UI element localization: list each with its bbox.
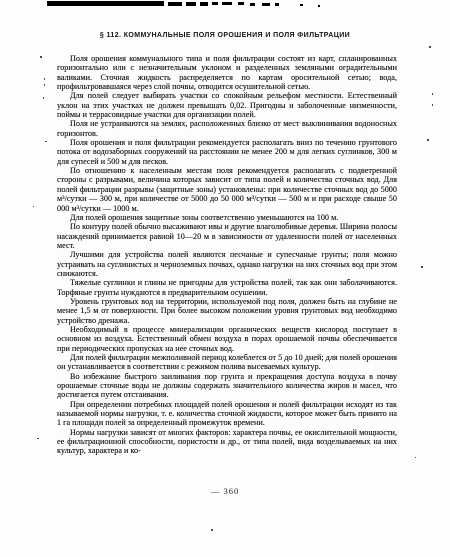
scan-artifact-dash [222,2,232,5]
scanned-page: § 112. КОММУНАЛЬНЫЕ ПОЛЯ ОРОШЕНИЯ И ПОЛЯ… [0,0,450,557]
scan-noise-dot [432,93,433,95]
paragraph: По отношению к населенным местам поля ре… [57,166,397,213]
paragraph: Поля орошения и поля фильтрации рекоменд… [57,138,397,166]
scan-artifact-dash [262,3,270,6]
scan-noise-dot [429,46,431,48]
paragraph: Уровень грунтовых вод на территории, исп… [57,297,397,325]
paragraph: Поля не устраиваются на землях, располож… [57,119,397,138]
scan-noise-dot [415,457,416,458]
scan-noise-dot [44,78,45,80]
body-text: Поля орошения коммунального типа и поля … [57,54,397,485]
paragraph: Необходимый в процессе минерализации орг… [57,325,397,353]
scan-artifact-dash [200,2,208,6]
scan-artifact-bar [47,1,164,6]
scan-noise-dot [44,84,45,86]
scan-noise-dot [211,529,213,531]
scan-noise-dot [40,56,42,58]
scan-noise-dot [427,139,429,141]
paragraph: Для полей орошения защитные зоны соответ… [57,213,397,222]
scan-noise-dot [421,266,423,268]
scan-artifact-dash [275,3,279,6]
scan-artifact-dash [186,2,196,6]
scan-artifact-dash [212,2,218,5]
scan-artifact-dash [318,5,320,7]
paragraph: Для полей фильтрации межполивной период … [57,353,397,372]
scan-artifact-dash [250,3,255,6]
paragraph: Поля орошения коммунального типа и поля … [57,54,397,91]
paragraph: Лучшими для устройства полей являются пе… [57,250,397,278]
scan-noise-dot [432,104,433,106]
section-heading: § 112. КОММУНАЛЬНЫЕ ПОЛЯ ОРОШЕНИЯ И ПОЛЯ… [0,32,450,39]
scan-artifact-dash [238,2,244,5]
paragraph: Нормы нагрузки зависят от многих факторо… [57,428,397,456]
scan-noise-dot [33,206,34,207]
scan-artifact-dash [168,2,182,6]
paragraph: Для полей следует выбирать участки со сп… [57,91,397,119]
scan-noise-dot [37,438,39,439]
page-number: — 360 [0,486,450,496]
paragraph: Тяжелые суглинки и глины не пригодны для… [57,278,397,297]
paragraph: При определении потребных площадей полей… [57,400,397,428]
scan-noise-dot [43,97,44,99]
scan-noise-dot [45,141,47,142]
scan-artifact-dash [300,4,303,6]
paragraph: Во избежание быстрого заиливания пор гру… [57,372,397,400]
paragraph: По контуру полей обычно высаживают ивы и… [57,222,397,250]
